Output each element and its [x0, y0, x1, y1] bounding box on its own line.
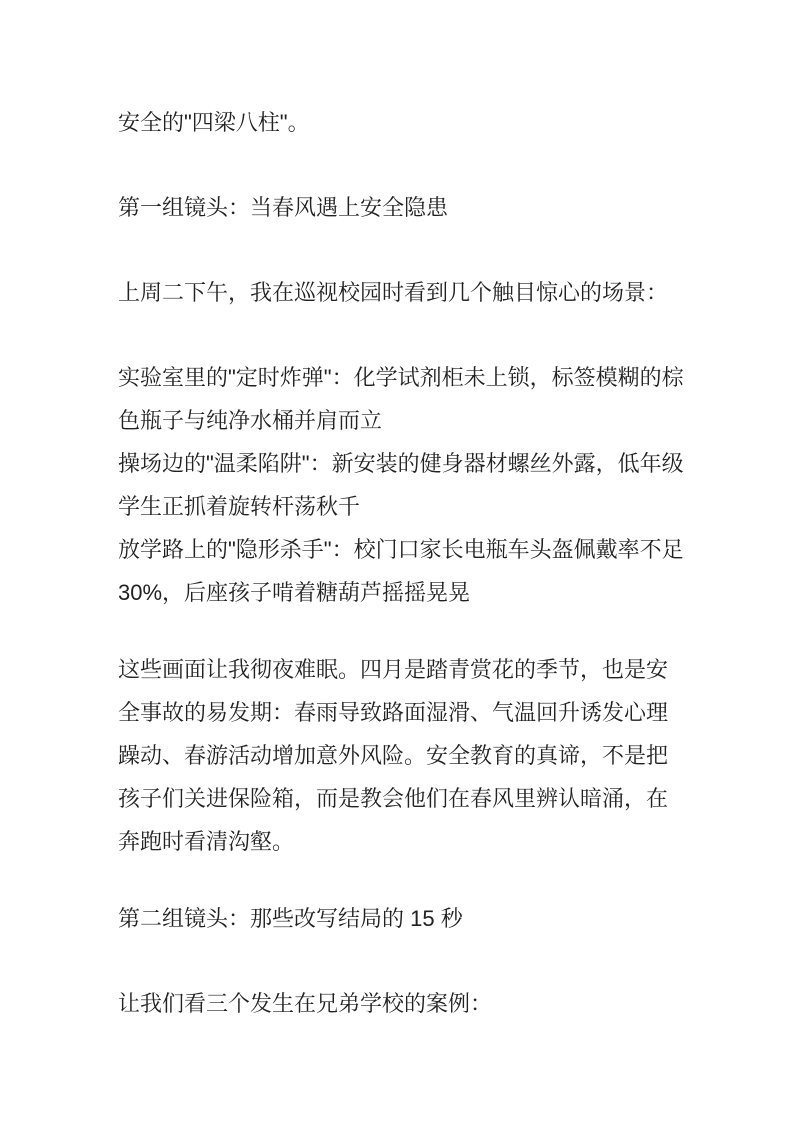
hazard-list: 实验室里的"定时炸弹"：化学试剂柜未上锁，标签模糊的棕色瓶子与纯净水桶并肩而立 …	[118, 356, 686, 614]
hazard-item-lab: 实验室里的"定时炸弹"：化学试剂柜未上锁，标签模糊的棕色瓶子与纯净水桶并肩而立	[118, 356, 686, 442]
section2-heading: 第二组镜头：那些改写结局的 15 秒	[118, 897, 686, 940]
paragraph-intro-tail: 安全的"四梁八柱"。	[118, 101, 686, 144]
paragraph-reflection: 这些画面让我彻夜难眠。四月是踏青赏花的季节，也是安全事故的易发期：春雨导致路面湿…	[118, 648, 686, 863]
section1-heading: 第一组镜头：当春风遇上安全隐患	[118, 186, 686, 229]
section2-lead: 让我们看三个发生在兄弟学校的案例：	[118, 982, 686, 1025]
hazard-item-playground: 操场边的"温柔陷阱"：新安装的健身器材螺丝外露，低年级学生正抓着旋转杆荡秋千	[118, 442, 686, 528]
document-text-column: 安全的"四梁八柱"。 第一组镜头：当春风遇上安全隐患 上周二下午，我在巡视校园时…	[118, 101, 686, 1067]
hazard-item-road: 放学路上的"隐形杀手"：校门口家长电瓶车头盔佩戴率不足30%，后座孩子啃着糖葫芦…	[118, 528, 686, 614]
document-page: 安全的"四梁八柱"。 第一组镜头：当春风遇上安全隐患 上周二下午，我在巡视校园时…	[0, 0, 793, 1122]
section1-lead: 上周二下午，我在巡视校园时看到几个触目惊心的场景：	[118, 271, 686, 314]
